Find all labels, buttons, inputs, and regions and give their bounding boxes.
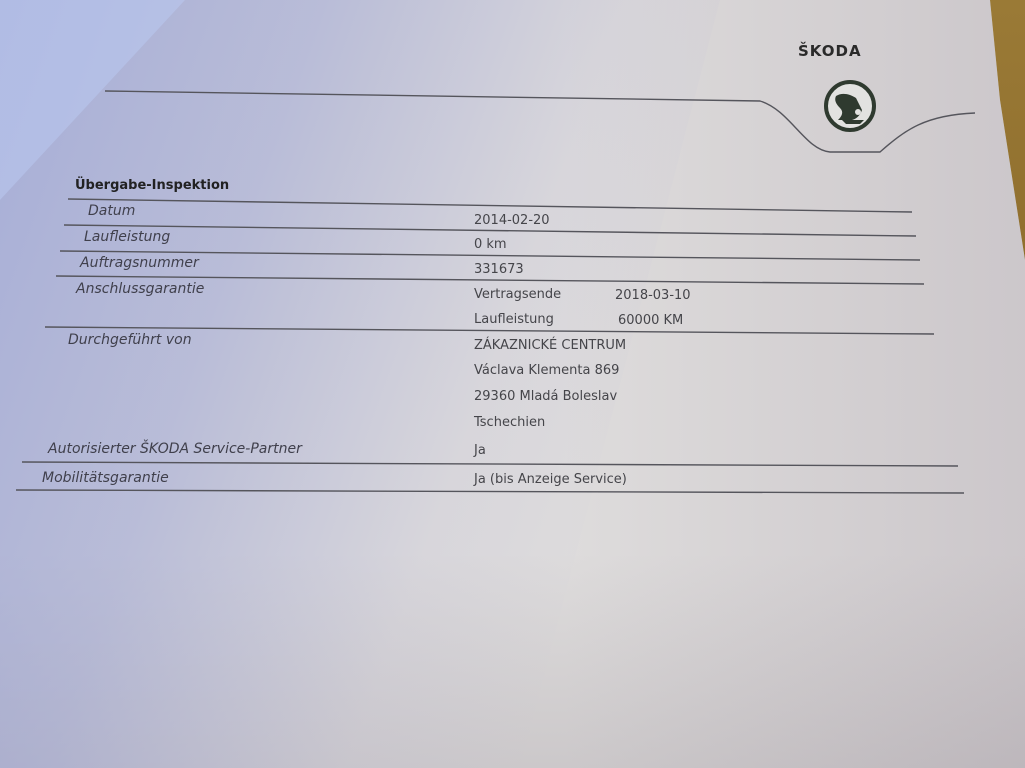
value-auftragsnummer: 331673: [474, 262, 524, 277]
address-line-2: Václava Klementa 869: [474, 363, 619, 378]
value-service-partner: Ja: [474, 443, 486, 458]
sublabel-vertragsende: Vertragsende: [474, 287, 561, 302]
label-datum: Datum: [88, 203, 135, 219]
label-laufleistung: Laufleistung: [84, 229, 170, 245]
section-title: Übergabe-Inspektion: [75, 178, 229, 193]
address-line-4: Tschechien: [474, 415, 545, 430]
value-garantie-laufleistung: 60000 KM: [618, 313, 683, 328]
label-service-partner: Autorisierter ŠKODA Service-Partner: [48, 441, 302, 457]
brand-wordmark: ŠKODA: [798, 42, 862, 60]
label-auftragsnummer: Auftragsnummer: [80, 255, 199, 271]
label-durchgefuehrt-von: Durchgeführt von: [68, 332, 192, 348]
address-line-3: 29360 Mladá Boleslav: [474, 389, 617, 404]
skoda-logo-icon: [812, 72, 892, 146]
sublabel-garantie-laufleistung: Laufleistung: [474, 312, 554, 327]
label-anschlussgarantie: Anschlussgarantie: [76, 281, 204, 297]
value-datum: 2014-02-20: [474, 213, 550, 228]
value-mobilitaetsgarantie: Ja (bis Anzeige Service): [474, 472, 627, 487]
value-vertragsende: 2018-03-10: [615, 288, 691, 303]
label-mobilitaetsgarantie: Mobilitätsgarantie: [42, 470, 169, 486]
address-line-1: ZÁKAZNICKÉ CENTRUM: [474, 338, 626, 353]
value-laufleistung: 0 km: [474, 237, 507, 252]
